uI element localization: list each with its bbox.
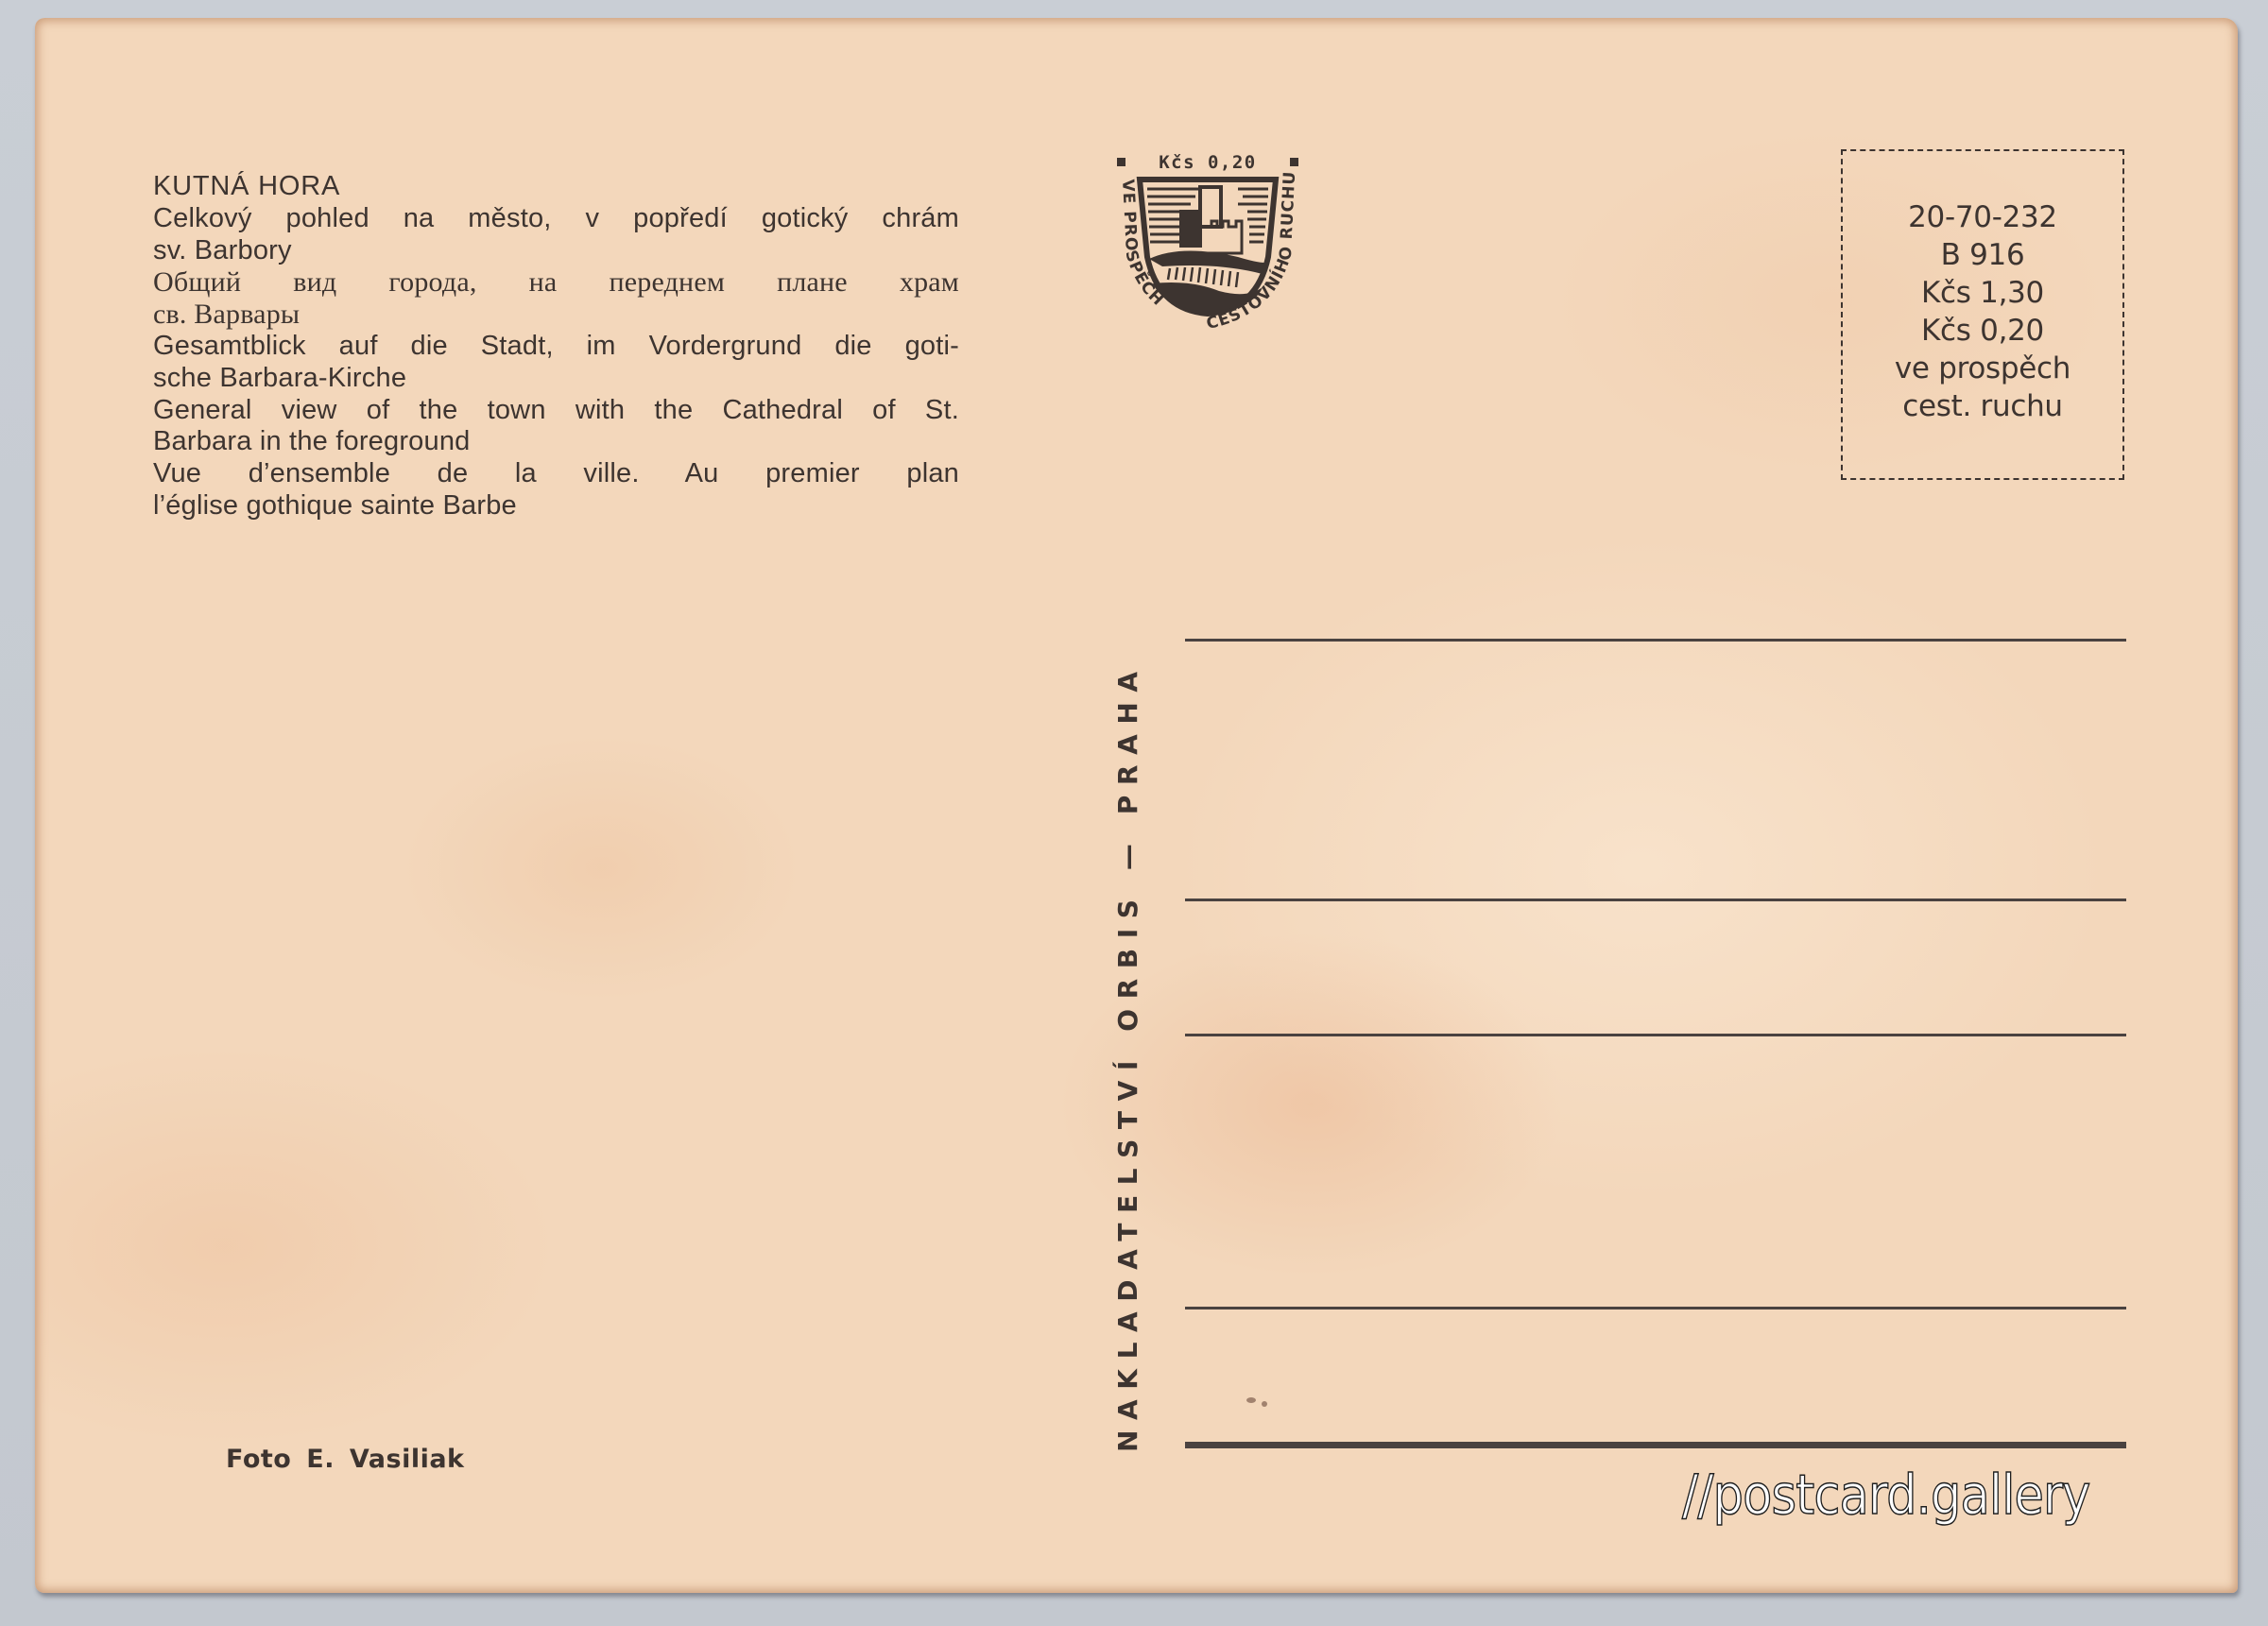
caption-line-cs-1: Celkový pohled na město, v popředí gotic… [153,203,959,235]
surcharge: Kčs 0,20 [1843,312,2122,350]
stamp-box-text: 20-70-232 B 916 Kčs 1,30 Kčs 0,20 ve pro… [1843,198,2122,425]
caption-line-ru-1: Общий вид города, на переднем плане храм [153,266,959,299]
address-line-5 [1185,1442,2126,1448]
caption-line-en-1: General view of the town with the Cathed… [153,395,959,427]
address-line-3 [1185,1034,2126,1036]
ink-smudge [1262,1401,1267,1407]
address-line-2 [1185,899,2126,901]
caption-block: KUTNÁ HORA Celkový pohled na město, v po… [153,171,959,522]
ink-smudge [1246,1397,1256,1403]
caption-line-fr-2: l’église gothique sainte Barbe [153,490,959,522]
watermark: //postcard.gallery [1682,1463,2089,1527]
caption-title: KUTNÁ HORA [153,171,959,203]
photo-credit: Foto E. Vasiliak [226,1445,465,1474]
caption-line-ru-2: св. Варвары [153,299,959,331]
address-line-1 [1185,639,2126,642]
svg-text:Kčs 0,20: Kčs 0,20 [1159,152,1257,173]
caption-line-en-2: Barbara in the foreground [153,426,959,458]
series-number: 20-70-232 [1843,198,2122,236]
surcharge-note-2: cest. ruchu [1843,387,2122,425]
caption-line-fr-1: Vue d’ensemble de la ville. Au premier p… [153,458,959,490]
address-line-4 [1185,1307,2126,1309]
caption-line-de-1: Gesamtblick auf die Stadt, im Vordergrun… [153,331,959,363]
caption-line-de-2: sche Barbara-Kirche [153,363,959,395]
price: Kčs 1,30 [1843,274,2122,312]
catalog-number: B 916 [1843,236,2122,274]
surcharge-note-1: ve prospěch [1843,350,2122,387]
caption-line-cs-2: sv. Barbory [153,235,959,267]
castle-shield-emblem-icon: Kčs 0,20 [1106,142,1314,331]
publisher-vertical-text: NAKLADATELSTVÍ ORBIS — PRAHA [1115,661,1142,1452]
postcard-back: KUTNÁ HORA Celkový pohled na město, v po… [35,18,2238,1593]
stamp-placeholder-box: 20-70-232 B 916 Kčs 1,30 Kčs 0,20 ve pro… [1841,149,2124,480]
